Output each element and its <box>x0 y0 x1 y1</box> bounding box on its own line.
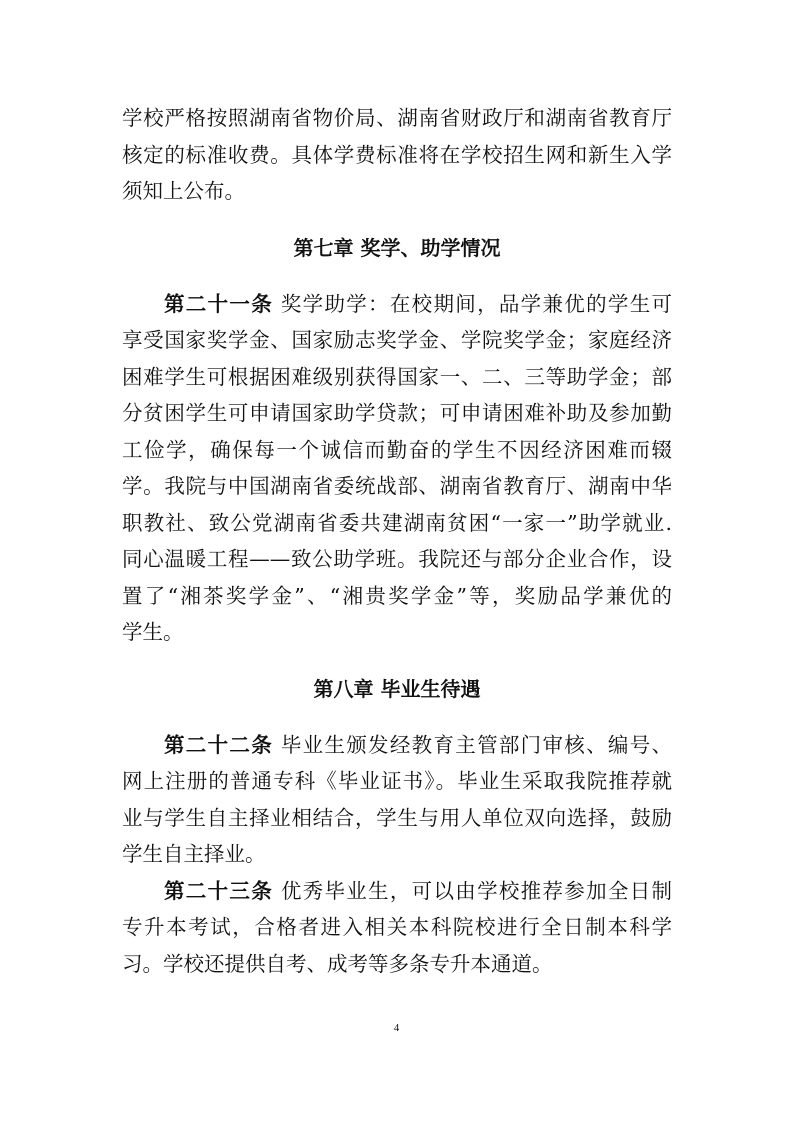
text-line: 网上注册的普通专科《毕业证书》。毕业生采取我院推荐就 <box>122 763 672 800</box>
text-line: 学。我院与中国湖南省委统战部、湖南省教育厅、湖南中华 <box>122 468 672 505</box>
article-label: 第二十二条 <box>164 733 273 757</box>
intro-paragraph: 学校严格按照湖南省物价局、湖南省财政厅和湖南省教育厅 核定的标准收费。具体学费标… <box>122 100 672 210</box>
text-line: 专升本考试，合格者进入相关本科院校进行全日制本科学 <box>122 909 672 946</box>
article-label: 第二十三条 <box>164 879 273 903</box>
text-span: 优秀毕业生，可以由学校推荐参加全日制 <box>281 879 672 903</box>
text-span: 毕业生颁发经教育主管部门审核、编号、 <box>281 733 672 757</box>
text-line: 学生。 <box>122 614 672 651</box>
text-span: 奖学助学：在校期间，品学兼优的学生可 <box>281 292 672 316</box>
text-line: 置了“湘茶奖学金”、“湘贵奖学金”等，奖励品学兼优的 <box>122 578 672 615</box>
chapter-7-heading: 第七章 奖学、助学情况 <box>122 230 672 266</box>
text-line: 第二十一条 奖学助学：在校期间，品学兼优的学生可 <box>122 286 672 323</box>
article-22-paragraph: 第二十二条 毕业生颁发经教育主管部门审核、编号、 网上注册的普通专科《毕业证书》… <box>122 727 672 873</box>
text-line: 业与学生自主择业相结合，学生与用人单位双向选择，鼓励 <box>122 800 672 837</box>
document-page: 学校严格按照湖南省物价局、湖南省财政厅和湖南省教育厅 核定的标准收费。具体学费标… <box>122 100 672 982</box>
chapter-8-heading: 第八章 毕业生待遇 <box>122 671 672 707</box>
article-21-paragraph: 第二十一条 奖学助学：在校期间，品学兼优的学生可 享受国家奖学金、国家励志奖学金… <box>122 286 672 651</box>
text-line: 工俭学，确保每一个诚信而勤奋的学生不因经济困难而辍 <box>122 432 672 469</box>
text-line: 第二十三条 优秀毕业生，可以由学校推荐参加全日制 <box>122 873 672 910</box>
text-line: 学校严格按照湖南省物价局、湖南省财政厅和湖南省教育厅 <box>122 100 672 137</box>
text-line: 职教社、致公党湖南省委共建湖南贫困“一家一”助学就业. <box>122 505 672 542</box>
page-number: 4 <box>0 1022 793 1034</box>
text-line: 核定的标准收费。具体学费标准将在学校招生网和新生入学 <box>122 137 672 174</box>
text-line: 分贫困学生可申请国家助学贷款；可申请困难补助及参加勤 <box>122 395 672 432</box>
text-line: 同心温暖工程——致公助学班。我院还与部分企业合作，设 <box>122 541 672 578</box>
text-line: 学生自主择业。 <box>122 836 672 873</box>
text-line: 习。学校还提供自考、成考等多条专升本通道。 <box>122 946 672 983</box>
text-line: 第二十二条 毕业生颁发经教育主管部门审核、编号、 <box>122 727 672 764</box>
article-label: 第二十一条 <box>164 292 273 316</box>
article-23-paragraph: 第二十三条 优秀毕业生，可以由学校推荐参加全日制 专升本考试，合格者进入相关本科… <box>122 873 672 983</box>
text-line: 困难学生可根据困难级别获得国家一、二、三等助学金；部 <box>122 359 672 396</box>
text-line: 须知上公布。 <box>122 173 672 210</box>
text-line: 享受国家奖学金、国家励志奖学金、学院奖学金；家庭经济 <box>122 322 672 359</box>
